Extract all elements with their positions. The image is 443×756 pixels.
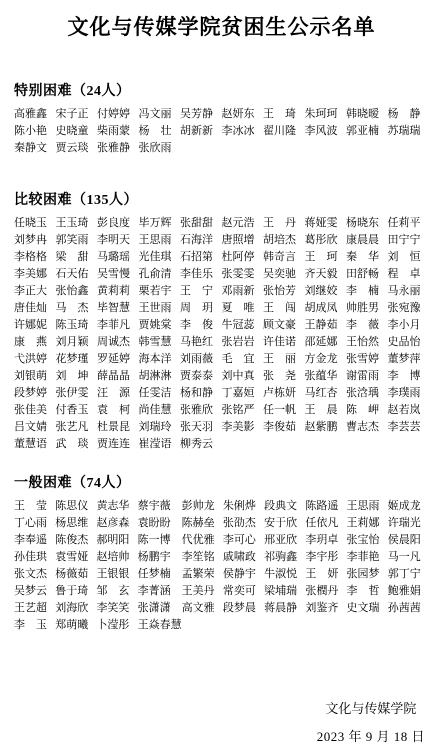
name-cell: 张欣雨: [139, 142, 181, 155]
name-cell: 韩晓暧: [346, 108, 388, 121]
name-cell: 李小月: [388, 319, 430, 332]
name-cell: 李 博: [388, 370, 430, 383]
name-cell: 陈思仪: [55, 500, 96, 513]
name-cell: 马一凡: [388, 551, 429, 564]
name-cell: 马璐瑶: [97, 251, 139, 264]
name-cell: 韩雪慧: [139, 336, 181, 349]
name-cell: 任依凡: [305, 517, 346, 530]
name-cell: 蔡宇薇: [138, 500, 182, 513]
name-cell: 王 晨: [305, 404, 347, 417]
name-cell: 花梦瑾: [56, 353, 98, 366]
name-cell: 柴雨蒙: [97, 125, 139, 138]
name-cell: 陈路遥: [305, 500, 346, 513]
signature-org: 文化与传媒学院: [317, 701, 425, 716]
name-cell: 史晓童: [56, 125, 98, 138]
name-cell: 刘海欣: [55, 602, 96, 615]
name-grid: 王 莹陈思仪黄志华蔡宇薇彭帅龙朱俐烨段典文陈路遥王思雨姬成龙丁心雨杨思维赵彦森袁…: [14, 500, 429, 632]
name-cell: 胡淋淋: [139, 370, 181, 383]
name-cell: 杨思维: [55, 517, 96, 530]
name-cell: 陈一博: [138, 534, 182, 547]
name-cell: 杨薇茹: [55, 568, 96, 581]
name-cell: 李佳乐: [180, 268, 222, 281]
name-cell: 祁驹鑫: [264, 551, 305, 564]
name-cell: 李菲凡: [97, 319, 139, 332]
name-cell: 吴梦云: [14, 585, 55, 598]
name-cell: 李宇彤: [305, 551, 346, 564]
name-cell: 胡培杰: [263, 234, 305, 247]
name-cell: 李芸芸: [388, 421, 430, 434]
name-cell: 李 哲: [347, 585, 388, 598]
name-cell: 张雯雯: [222, 268, 264, 281]
name-cell: 贾泰泰: [180, 370, 222, 383]
name-cell: 侯晨阳: [388, 534, 429, 547]
name-cell: 王静茹: [305, 319, 347, 332]
name-cell: 刘鉴齐: [305, 602, 346, 615]
name-cell: 马艳红: [180, 336, 222, 349]
section-heading: 一般困难（74人）: [14, 475, 429, 493]
name-cell: 杨 壮: [139, 125, 181, 138]
name-cell: 刘月颖: [56, 336, 98, 349]
name-cell: 李正大: [14, 285, 56, 298]
name-cell: 李风波: [305, 125, 347, 138]
name-cell: 夏 唯: [222, 302, 264, 315]
name-cell: 张文杰: [14, 568, 55, 581]
name-cell: 陈 岬: [346, 404, 388, 417]
name-cell: 安于欣: [264, 517, 305, 530]
name-cell: 李菲艳: [347, 551, 388, 564]
name-cell: 宋子正: [56, 108, 98, 121]
name-cell: 吴雪慢: [97, 268, 139, 281]
name-cell: 赵妍东: [222, 108, 264, 121]
name-cell: 许娜妮: [14, 319, 56, 332]
name-cell: 唐佳灿: [14, 302, 56, 315]
document-page: 文化与传媒学院贫困生公示名单 特别困难（24人）高雅鑫宋子正付婷婷冯文丽吴芳静赵…: [0, 0, 443, 756]
name-cell: 毛 宜: [222, 353, 264, 366]
name-cell: 石天佑: [56, 268, 98, 281]
name-cell: 丁嘉姮: [222, 387, 264, 400]
name-cell: 海本洋: [139, 353, 181, 366]
name-cell: 张佳美: [14, 404, 56, 417]
name-cell: 卢栋妍: [263, 387, 305, 400]
name-cell: 付婷婷: [97, 108, 139, 121]
name-cell: 赵紫鹏: [305, 421, 347, 434]
name-cell: 张天羽: [180, 421, 222, 434]
name-cell: 赵若岚: [388, 404, 430, 417]
name-cell: 秦 华: [346, 251, 388, 264]
name-cell: 孔俞清: [139, 268, 181, 281]
name-cell: 马红杏: [305, 387, 347, 400]
name-cell: 贾连连: [97, 438, 139, 451]
name-cell: 王 丹: [263, 217, 305, 230]
name-cell: 张浛瑀: [346, 387, 388, 400]
name-cell: 韩奇言: [263, 251, 305, 264]
name-cell: 汪 源: [97, 387, 139, 400]
name-cell: 赵培帅: [96, 551, 137, 564]
name-cell: 张怡鑫: [56, 285, 98, 298]
name-cell: 马 杰: [56, 302, 98, 315]
name-cell: 顾文豪: [263, 319, 305, 332]
name-cell: 光佳琪: [139, 251, 181, 264]
name-cell: 段梦婷: [14, 387, 56, 400]
name-cell: 陈小艳: [14, 125, 56, 138]
name-cell: 吴芳静: [180, 108, 222, 121]
name-cell: 帅胜男: [346, 302, 388, 315]
name-cell: 王思雨: [347, 500, 388, 513]
name-cell: 胡新新: [180, 125, 222, 138]
page-title: 文化与传媒学院贫困生公示名单: [0, 0, 443, 41]
name-cell: 王银银: [96, 568, 137, 581]
name-cell: 李冰冰: [222, 125, 264, 138]
name-cell: 崔滢语: [139, 438, 181, 451]
name-cell: 康 燕: [14, 336, 56, 349]
name-cell: 高文雅: [182, 602, 223, 615]
name-cell: 田舒畅: [346, 268, 388, 281]
name-cell: 许佳诺: [263, 336, 305, 349]
name-cell: 刘中真: [222, 370, 264, 383]
name-cell: 李俊茹: [263, 421, 305, 434]
name-cell: 刘雨薇: [180, 353, 222, 366]
name-cell: 郝明阳: [96, 534, 137, 547]
name-cell: 秦静文: [14, 142, 56, 155]
name-cell: 李奉遥: [14, 534, 55, 547]
name-cell: 李美娜: [14, 268, 56, 281]
name-cell: 任雯洁: [139, 387, 181, 400]
name-cell: 曹志杰: [346, 421, 388, 434]
name-cell: 袁盼盼: [138, 517, 182, 530]
name-cell: 弋洪婷: [14, 353, 56, 366]
name-cell: 贾云琰: [56, 142, 98, 155]
name-cell: 方金龙: [305, 353, 347, 366]
name-cell: 张园梦: [347, 568, 388, 581]
name-cell: 梁埔瑞: [264, 585, 305, 598]
name-cell: 张宝怡: [347, 534, 388, 547]
name-cell: 翟川隆: [263, 125, 305, 138]
name-cell: 侯静宇: [223, 568, 264, 581]
name-cell: 付香玉: [56, 404, 98, 417]
name-cell: 张雅欣: [180, 404, 222, 417]
name-cell: 毕智慧: [97, 302, 139, 315]
name-cell: 杨鹏宇: [138, 551, 182, 564]
name-cell: 任晓玉: [14, 217, 56, 230]
name-cell: 朱珂珂: [305, 108, 347, 121]
name-cell: 李笑笑: [96, 602, 137, 615]
name-cell: 张劭杰: [223, 517, 264, 530]
signature-date: 2023 年 9 月 18 日: [317, 729, 425, 744]
name-cell: 李笙铭: [182, 551, 223, 564]
name-cell: 石招第: [180, 251, 222, 264]
name-cell: 张潇潇: [138, 602, 182, 615]
name-cell: 丁心雨: [14, 517, 55, 530]
name-cell: 贾姚棠: [139, 319, 181, 332]
name-cell: 田宁宁: [388, 234, 430, 247]
name-cell: 郭丁宁: [388, 568, 429, 581]
name-cell: 卜滢彤: [96, 619, 137, 632]
name-cell: 谢雷雨: [346, 370, 388, 383]
name-cell: 孟繁荣: [182, 568, 223, 581]
name-cell: 王 琦: [263, 108, 305, 121]
name-cell: 王世雨: [139, 302, 181, 315]
name-cell: 李 楠: [346, 285, 388, 298]
name-cell: 赵彦森: [96, 517, 137, 530]
name-cell: 杜景昆: [97, 421, 139, 434]
name-cell: 张雪婷: [346, 353, 388, 366]
name-cell: 葛彤欣: [305, 234, 347, 247]
name-cell: 李 俊: [180, 319, 222, 332]
name-cell: 张艺凡: [56, 421, 98, 434]
name-cell: 张铭严: [222, 404, 264, 417]
name-cell: 孙茜茜: [388, 602, 429, 615]
name-cell: 张宛豫: [388, 302, 430, 315]
name-cell: 刘 坤: [56, 370, 98, 383]
name-cell: 牛冠蕊: [222, 319, 264, 332]
name-cell: 杜阿停: [222, 251, 264, 264]
name-cell: 董梦萍: [388, 353, 430, 366]
name-cell: 姬成龙: [388, 500, 429, 513]
name-cell: 郑萌曦: [55, 619, 96, 632]
name-cell: 郭笑雨: [56, 234, 98, 247]
name-cell: 邵延娜: [305, 336, 347, 349]
name-cell: 任莉平: [388, 217, 430, 230]
name-cell: 刘瑞玲: [139, 421, 181, 434]
name-cell: 王莉娜: [347, 517, 388, 530]
name-grid: 任晓玉王玉琦彭良度毕万辉张甜甜赵元浩王 丹蒋娅雯杨晓东任莉平刘梦冉郭笑雨李明天王…: [14, 217, 429, 451]
name-cell: 董慧语: [14, 438, 56, 451]
name-cell: 杨 静: [388, 108, 430, 121]
name-cell: 任梦楠: [138, 568, 182, 581]
name-cell: 常奕可: [223, 585, 264, 598]
name-cell: 吕文婧: [14, 421, 56, 434]
name-cell: 杨和静: [180, 387, 222, 400]
name-cell: 王 宁: [180, 285, 222, 298]
name-cell: 黄莉莉: [97, 285, 139, 298]
name-cell: 蒋晨静: [264, 602, 305, 615]
name-cell: 段梦晨: [223, 602, 264, 615]
name-cell: 马永丽: [388, 285, 430, 298]
name-cell: 李格格: [14, 251, 56, 264]
name-cell: 许瑞光: [388, 517, 429, 530]
name-cell: 王怡然: [346, 336, 388, 349]
name-cell: 张岩岩: [222, 336, 264, 349]
name-cell: 张 尧: [263, 370, 305, 383]
name-cell: 孙佳珙: [14, 551, 55, 564]
name-cell: 李 薇: [346, 319, 388, 332]
name-cell: 王焱春慧: [138, 619, 182, 632]
name-cell: 冯文丽: [139, 108, 181, 121]
section-heading: 特别困难（24人）: [14, 83, 429, 101]
name-cell: 梁 甜: [56, 251, 98, 264]
name-cell: 戚啸政: [223, 551, 264, 564]
name-cell: 李璞雨: [388, 387, 430, 400]
name-cell: 王 莹: [14, 500, 55, 513]
name-cell: 杨晓东: [346, 217, 388, 230]
name-cell: 周诚杰: [97, 336, 139, 349]
signature-block: 文化与传媒学院 2023 年 9 月 18 日: [317, 701, 425, 744]
section: 比较困难（135人）任晓玉王玉琦彭良度毕万辉张甜甜赵元浩王 丹蒋娅雯杨晓东任莉平…: [14, 192, 429, 451]
name-cell: 代优雅: [182, 534, 223, 547]
name-cell: 刘银萌: [14, 370, 56, 383]
name-cell: 陈俊杰: [55, 534, 96, 547]
name-cell: 赵元浩: [222, 217, 264, 230]
name-cell: 朱俐烨: [223, 500, 264, 513]
name-cell: 张伊雯: [56, 387, 98, 400]
sections: 特别困难（24人）高雅鑫宋子正付婷婷冯文丽吴芳静赵妍东王 琦朱珂珂韩晓暧杨 静陈…: [0, 83, 443, 632]
name-cell: 程 卓: [388, 268, 430, 281]
name-cell: 苏瑞瑞: [388, 125, 430, 138]
name-cell: 彭帅龙: [182, 500, 223, 513]
name-cell: 刘继姣: [305, 285, 347, 298]
name-cell: 尚佳慧: [139, 404, 181, 417]
name-cell: 王 丽: [263, 353, 305, 366]
name-cell: 薛晶晶: [97, 370, 139, 383]
name-cell: 柳秀云: [180, 438, 222, 451]
name-cell: 邓雨新: [222, 285, 264, 298]
section-heading: 比较困难（135人）: [14, 192, 429, 210]
name-cell: 王艺超: [14, 602, 55, 615]
name-cell: 陈玉琦: [56, 319, 98, 332]
name-cell: 张甜甜: [180, 217, 222, 230]
name-cell: 周 玥: [180, 302, 222, 315]
name-cell: 张蕴华: [305, 370, 347, 383]
name-cell: 蒋娅雯: [305, 217, 347, 230]
name-cell: 李可心: [223, 534, 264, 547]
name-cell: 栗若宇: [139, 285, 181, 298]
name-cell: 邢亚欣: [264, 534, 305, 547]
name-cell: 康晨晨: [346, 234, 388, 247]
name-cell: 史文瑞: [347, 602, 388, 615]
name-cell: 袁 柯: [97, 404, 139, 417]
name-cell: 李 玉: [14, 619, 55, 632]
name-cell: 王思雨: [139, 234, 181, 247]
section: 特别困难（24人）高雅鑫宋子正付婷婷冯文丽吴芳静赵妍东王 琦朱珂珂韩晓暧杨 静陈…: [14, 83, 429, 155]
name-grid: 高雅鑫宋子正付婷婷冯文丽吴芳静赵妍东王 琦朱珂珂韩晓暧杨 静陈小艳史晓童柴雨蒙杨…: [14, 108, 429, 155]
name-cell: 郭亚楠: [346, 125, 388, 138]
name-cell: 张雅静: [97, 142, 139, 155]
name-cell: 陈赫垒: [182, 517, 223, 530]
section: 一般困难（74人）王 莹陈思仪黄志华蔡宇薇彭帅龙朱俐烨段典文陈路遥王思雨姬成龙丁…: [14, 475, 429, 632]
name-cell: 李菁涵: [138, 585, 182, 598]
name-cell: 邹 玄: [96, 585, 137, 598]
name-cell: 齐天毅: [305, 268, 347, 281]
name-cell: 李玥卓: [305, 534, 346, 547]
name-cell: 胡成凤: [305, 302, 347, 315]
name-cell: 唐照增: [222, 234, 264, 247]
name-cell: 王 珂: [305, 251, 347, 264]
name-cell: 任一帆: [263, 404, 305, 417]
name-cell: 高雅鑫: [14, 108, 56, 121]
name-cell: 史品怡: [388, 336, 430, 349]
name-cell: 武 琰: [56, 438, 98, 451]
name-cell: 罗延婷: [97, 353, 139, 366]
name-cell: 石海洋: [180, 234, 222, 247]
name-cell: 黄志华: [96, 500, 137, 513]
name-cell: 李美影: [222, 421, 264, 434]
name-cell: 彭良度: [97, 217, 139, 230]
name-cell: 王美丹: [182, 585, 223, 598]
name-cell: 鲍雅娟: [388, 585, 429, 598]
name-cell: 段典文: [264, 500, 305, 513]
name-cell: 刘 恒: [388, 251, 430, 264]
name-cell: 李明天: [97, 234, 139, 247]
name-cell: 袁雪娅: [55, 551, 96, 564]
name-cell: 王 闯: [263, 302, 305, 315]
name-cell: 鲁于琦: [55, 585, 96, 598]
name-cell: 刘梦冉: [14, 234, 56, 247]
name-cell: 毕万辉: [139, 217, 181, 230]
name-cell: 牛淑悦: [264, 568, 305, 581]
name-cell: 吴奕驰: [263, 268, 305, 281]
name-cell: 张怡芳: [263, 285, 305, 298]
name-cell: 王 妍: [305, 568, 346, 581]
name-cell: 王玉琦: [56, 217, 98, 230]
name-cell: 张橍丹: [305, 585, 346, 598]
